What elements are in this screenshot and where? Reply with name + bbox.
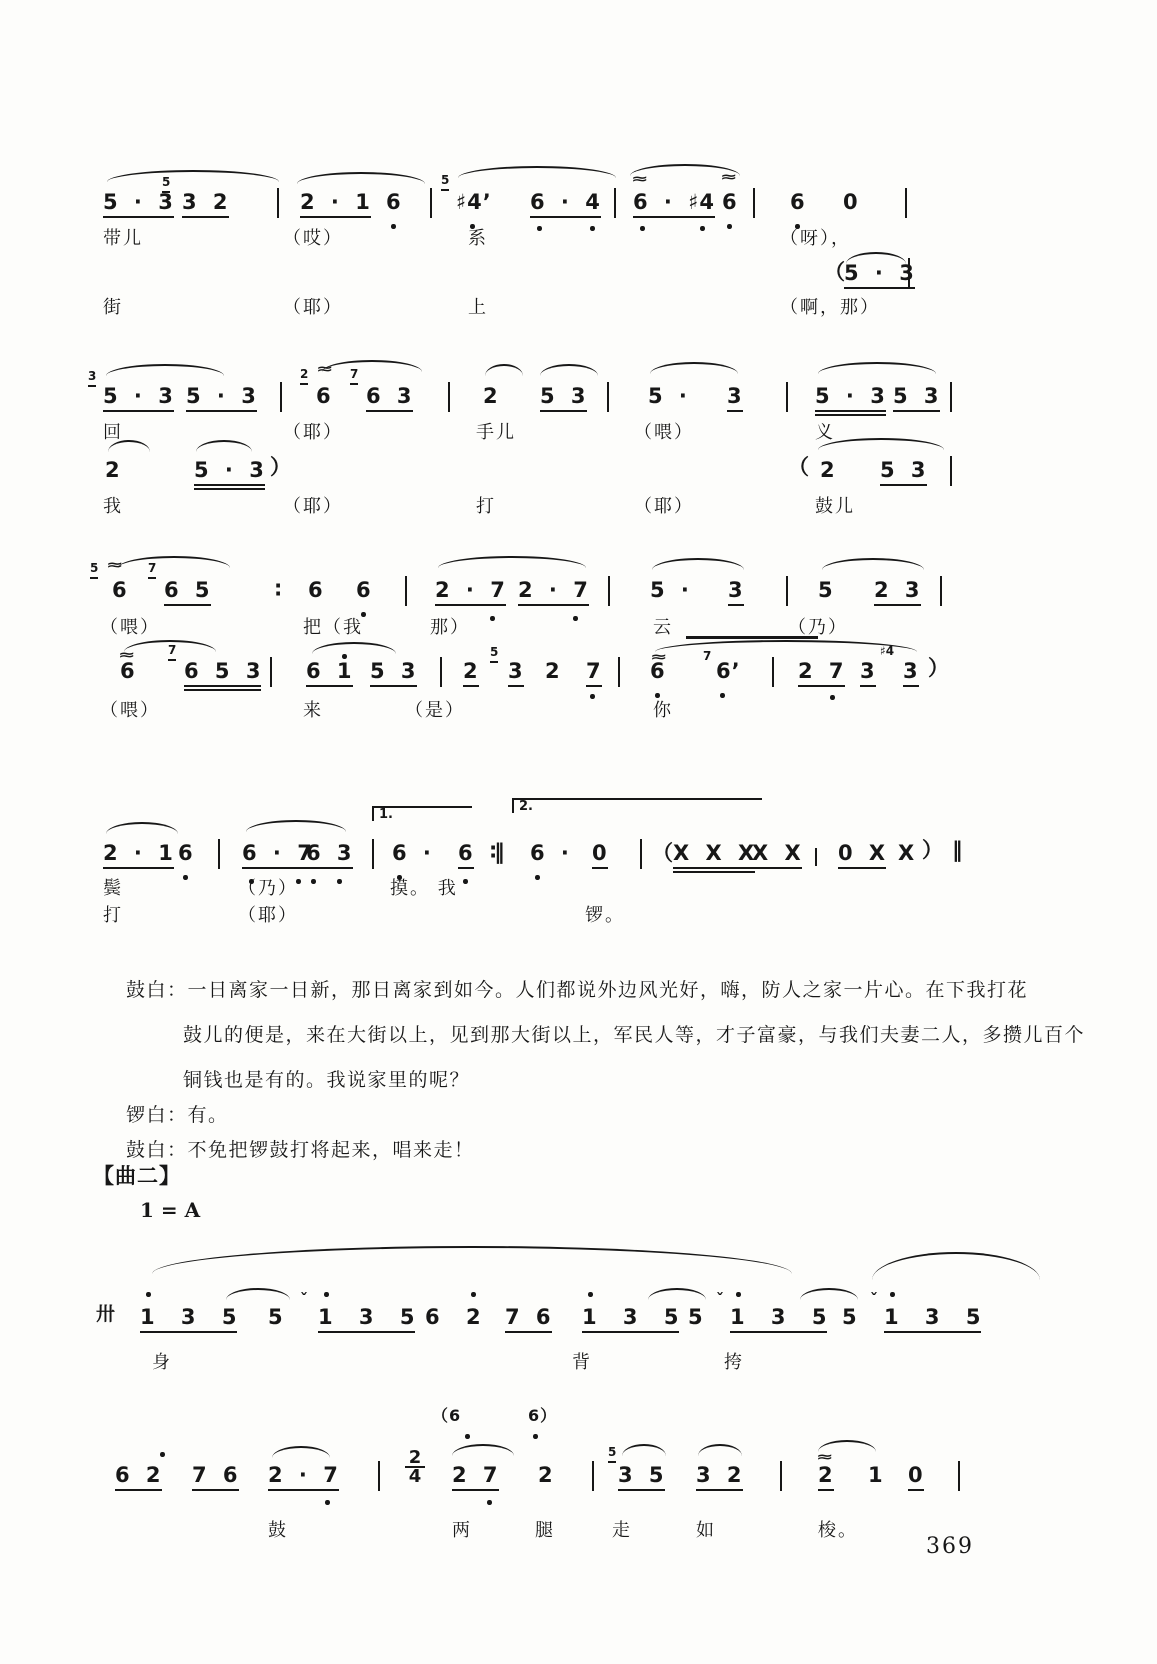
note: 2 · 7 [268, 1465, 339, 1491]
note: 1 3 5 [140, 1307, 237, 1333]
note: 6 [650, 661, 666, 682]
note: 2 [538, 1465, 554, 1486]
note: 1 3 5 [582, 1307, 679, 1333]
note: 5 [268, 1307, 284, 1328]
grace-note: 5 [441, 174, 449, 191]
octave-dot [361, 612, 366, 617]
barline [270, 657, 272, 687]
slur [652, 558, 744, 570]
note: 6 5 [164, 580, 211, 606]
note: 1 [868, 1465, 884, 1486]
barline [372, 839, 374, 869]
breath-mark: ˇ [870, 1290, 878, 1309]
barline [786, 382, 788, 412]
dialogue-line: 鼓白：不免把锣鼓打将起来，唱来走！ [126, 1138, 475, 1163]
slur [818, 438, 944, 450]
dialogue-line: 铜钱也是有的。我说家里的呢？ [183, 1068, 470, 1093]
slur [152, 1246, 792, 1274]
dialogue-line: 鼓白：一日离家一日新，那日离家到如今。人们都说外边风光好，嗨，防人之家一片心。在… [126, 978, 1028, 1003]
note: 2 [463, 661, 479, 687]
time-signature: 24 [405, 1450, 425, 1484]
note: 3 [903, 661, 919, 687]
slur [106, 822, 178, 834]
slur [312, 642, 396, 654]
octave-dot [736, 1292, 741, 1297]
barline [753, 188, 755, 218]
note: 5 · 3 [194, 460, 265, 486]
lyric: 锣。 [585, 905, 625, 927]
barline [780, 1461, 782, 1491]
lyric: （乃） [238, 878, 298, 900]
lyric: 你 [653, 700, 673, 722]
octave-dot [588, 1292, 593, 1297]
lyric: 我 [103, 496, 123, 518]
barline [958, 1461, 960, 1491]
slur [226, 1288, 290, 1300]
barline [592, 1461, 594, 1491]
note: 5 3 [540, 386, 587, 412]
note: 6 [308, 580, 324, 601]
note: 3 5 [618, 1465, 665, 1491]
note: 7 [586, 661, 602, 687]
octave-dot [533, 1434, 538, 1439]
octave-dot [655, 693, 660, 698]
slur [452, 1444, 514, 1456]
barline [950, 456, 952, 486]
lyric: 腿 [535, 1520, 555, 1542]
note: 5 · 3 [186, 386, 257, 412]
grace-note: 5 [90, 562, 98, 579]
note: （ [788, 457, 810, 478]
octave-dot [324, 1292, 329, 1297]
barline [608, 576, 610, 606]
note: 6’ [716, 661, 741, 682]
note: 5 3 [370, 661, 417, 687]
lyric: 打 [476, 496, 496, 518]
lyric: 鼓儿 [815, 496, 855, 518]
note: 6 [356, 580, 372, 601]
slur [485, 364, 523, 376]
octave-dot [337, 879, 342, 884]
octave-dot [490, 616, 495, 621]
volta-bracket: 2. [512, 798, 762, 813]
lyric: 两 [452, 1520, 472, 1542]
grace-note: ♯4 [880, 645, 894, 657]
slur [650, 362, 738, 374]
slur [322, 360, 422, 372]
barline [786, 576, 788, 606]
grace-note: 5 [608, 1446, 616, 1463]
note: 2 7 [452, 1465, 499, 1491]
note: 6 · [530, 843, 570, 864]
note: 5 · 3 [103, 386, 174, 412]
grace-note: 7 [148, 562, 156, 579]
note: 2 [545, 661, 561, 682]
lyric: 义 [815, 422, 835, 444]
note: 6 [386, 192, 402, 213]
note: 0 X [838, 843, 886, 869]
note: 2 [466, 1307, 482, 1328]
note: 6 [458, 843, 474, 869]
note: 6 [425, 1307, 441, 1328]
note: 6 [120, 661, 136, 682]
grace-note: 3 [88, 370, 96, 387]
octave-dot [890, 1292, 895, 1297]
note: （ [652, 843, 674, 864]
octave-dot [640, 226, 645, 231]
barline [607, 382, 609, 412]
lyric: 梭。 [818, 1520, 858, 1542]
lyric: 打 [103, 905, 123, 927]
note: 6 2 [115, 1465, 162, 1491]
note: 3 [860, 661, 876, 687]
lyric: （哎） [283, 228, 343, 250]
breath-mark: ˇ [300, 1290, 308, 1309]
dialogue-line: 鼓儿的便是，来在大街以上，见到那大街以上，军民人等，才子富豪，与我们夫妻二人，多… [183, 1023, 1085, 1048]
breath-mark: ˇ [716, 1290, 724, 1309]
octave-dot [727, 224, 732, 229]
section-title: 【曲二】 [93, 1160, 181, 1190]
barline [280, 382, 282, 412]
lyric: （耶） [634, 496, 694, 518]
octave-dot [830, 695, 835, 700]
note: 5 · 3 [844, 263, 915, 289]
slur [698, 1444, 742, 1456]
trill-ornament: ≈ [631, 172, 648, 187]
octave-dot [146, 1292, 151, 1297]
note: 2 · 1 [300, 192, 371, 218]
lyric: 来 [303, 700, 323, 722]
slur [297, 172, 425, 184]
note: 6 1 [306, 661, 353, 687]
barline [378, 1461, 380, 1491]
lyric: 把（我 [303, 617, 363, 639]
slur [118, 556, 230, 568]
slur [800, 1288, 858, 1300]
lyric: （呀）， [780, 228, 851, 250]
note: 5 [688, 1307, 704, 1328]
barline [448, 382, 450, 412]
barline [405, 576, 407, 606]
page-number: 369 [926, 1534, 974, 1559]
lyric: 鼓 [268, 1520, 288, 1542]
slur [106, 364, 224, 376]
lyric: （是） [405, 700, 465, 722]
lyric: 手儿 [476, 422, 516, 444]
lyric: 带儿 [103, 228, 143, 250]
note: 6 3 [306, 843, 353, 869]
slur [272, 1446, 330, 1458]
note: 6 [178, 843, 194, 864]
grace-note: 7 [350, 368, 358, 385]
octave-dot [700, 226, 705, 231]
volta-bracket: 1. [372, 806, 472, 821]
lyric: 如 [696, 1520, 716, 1542]
octave-dot [183, 875, 188, 880]
score-page: 5 · 353 22 · 165♯4’6 · 4≈6 · ♯4≈660带儿（哎）… [0, 0, 1157, 1664]
octave-dot [573, 616, 578, 621]
note: 3 [508, 661, 524, 687]
note: ♯4’ [456, 192, 492, 213]
note: （ [824, 262, 846, 283]
key-signature: 1 = A [140, 1198, 200, 1222]
lyric: （喂） [634, 422, 694, 444]
barline [618, 657, 620, 687]
lyric: （喂） [100, 700, 160, 722]
note: 3 [728, 580, 744, 606]
note: ） [928, 658, 950, 679]
lyric: 系 [468, 228, 488, 250]
octave-dot [590, 694, 595, 699]
octave-dot [463, 879, 468, 884]
note: 2 [820, 460, 836, 481]
note: 6 3 [366, 386, 413, 412]
lyric: 走 [612, 1520, 632, 1542]
slur [246, 820, 346, 832]
note: 2 · 7 [435, 580, 506, 606]
note: 3 2 [182, 192, 229, 218]
note: 5 [842, 1307, 858, 1328]
note: 2 [818, 1465, 834, 1491]
lyric: （啊，那） [780, 297, 880, 319]
barline [218, 839, 220, 869]
lyric: 云 [653, 617, 673, 639]
note: X [898, 843, 915, 864]
barline [908, 258, 910, 288]
lyric: （喂） [100, 617, 160, 639]
note: 0 [592, 843, 608, 869]
note: 6 · [392, 843, 432, 864]
note: 卅 [96, 1305, 116, 1324]
note: 6 [112, 580, 128, 601]
lyric: （乃） [788, 617, 848, 639]
grace-note: 7 [703, 650, 711, 662]
note: 6 · 4 [530, 192, 601, 218]
barline [430, 188, 432, 218]
slur [822, 558, 924, 570]
barline [614, 188, 616, 218]
grace-note: 5 [490, 646, 498, 663]
note: 6 · ♯4 [633, 192, 715, 218]
octave-dot [391, 224, 396, 229]
octave-dot [325, 1500, 330, 1505]
note: 1 3 5 [318, 1307, 415, 1333]
note: 5 3 [880, 460, 927, 486]
octave-dot [160, 1452, 165, 1457]
octave-dot [590, 226, 595, 231]
octave-dot [537, 226, 542, 231]
lyric: （耶） [283, 496, 343, 518]
note: （6 [432, 1408, 461, 1424]
note: 2 · 7 [518, 580, 589, 606]
grace-note: 2 [300, 368, 308, 385]
note: 6 [790, 192, 806, 213]
note: ） [922, 840, 944, 861]
slur [458, 166, 616, 178]
lyric: （耶） [283, 422, 343, 444]
lyric: 街 [103, 297, 123, 319]
lyric: 摸。 我 [390, 878, 458, 900]
barline [277, 188, 279, 218]
slur [540, 364, 598, 376]
barline [940, 576, 942, 606]
note: 6 [316, 386, 332, 407]
note: 0 [843, 192, 859, 213]
note: 2 · 1 [103, 843, 174, 869]
note: 5 3 [893, 386, 940, 412]
trill-ornament: ≈ [720, 170, 737, 185]
lyric: 挎 [724, 1352, 744, 1374]
octave-dot [311, 879, 316, 884]
note: 7 6 [505, 1307, 552, 1333]
note: 5 · 3 [103, 192, 174, 218]
octave-dot [535, 875, 540, 880]
barline [640, 839, 642, 869]
slur [196, 440, 252, 452]
note: 5 · 3 [815, 386, 886, 412]
lyric: 背 [572, 1352, 592, 1374]
repeat-sign: ‖ [952, 838, 961, 862]
slur [622, 1444, 666, 1456]
note: 3 2 [696, 1465, 743, 1491]
note: ） [270, 457, 292, 478]
barline [815, 848, 817, 866]
lyric: 那） [430, 617, 470, 639]
note: 3 [727, 386, 743, 412]
octave-dot [465, 1434, 470, 1439]
lyric: （耶） [283, 297, 343, 319]
octave-dot [342, 654, 347, 659]
note: 6 5 3 [184, 661, 261, 687]
lyric: 上 [468, 297, 488, 319]
note: X X X [673, 843, 755, 869]
note: 0 [908, 1465, 924, 1491]
note: 5 [818, 580, 834, 601]
note: 5 · [648, 386, 688, 407]
lyric: 身 [152, 1352, 172, 1374]
slur [648, 1288, 706, 1300]
slur [818, 362, 936, 374]
note: 2 3 [874, 580, 921, 606]
octave-dot [471, 1292, 476, 1297]
note: 1 3 5 [730, 1307, 827, 1333]
grace-note: 5 [162, 176, 170, 193]
slur [438, 556, 586, 568]
barline [905, 188, 907, 218]
barline [950, 382, 952, 412]
octave-dot [487, 1500, 492, 1505]
lyric: （耶） [238, 905, 298, 927]
note: 6 [722, 192, 738, 213]
note: 1 3 5 [884, 1307, 981, 1333]
note: 7 6 [192, 1465, 239, 1491]
lyric: 鬓 [103, 878, 123, 900]
note: 2 7 [798, 661, 845, 687]
note: X X [752, 843, 802, 869]
slur [655, 640, 917, 652]
barline [440, 657, 442, 687]
note: 5 · [650, 580, 690, 601]
note: 6 · 7 [242, 843, 313, 869]
slur [872, 1252, 1040, 1280]
repeat-sign: ∶‖ [490, 840, 503, 864]
octave-dot [720, 693, 725, 698]
barline [772, 657, 774, 687]
note: ∶ [275, 580, 282, 601]
note: 2 [483, 386, 499, 407]
slur [107, 170, 279, 182]
note: 6） [528, 1408, 557, 1424]
dialogue-line: 锣白：有。 [126, 1103, 229, 1128]
grace-note: 7 [168, 644, 176, 661]
note: 2 [105, 460, 121, 481]
